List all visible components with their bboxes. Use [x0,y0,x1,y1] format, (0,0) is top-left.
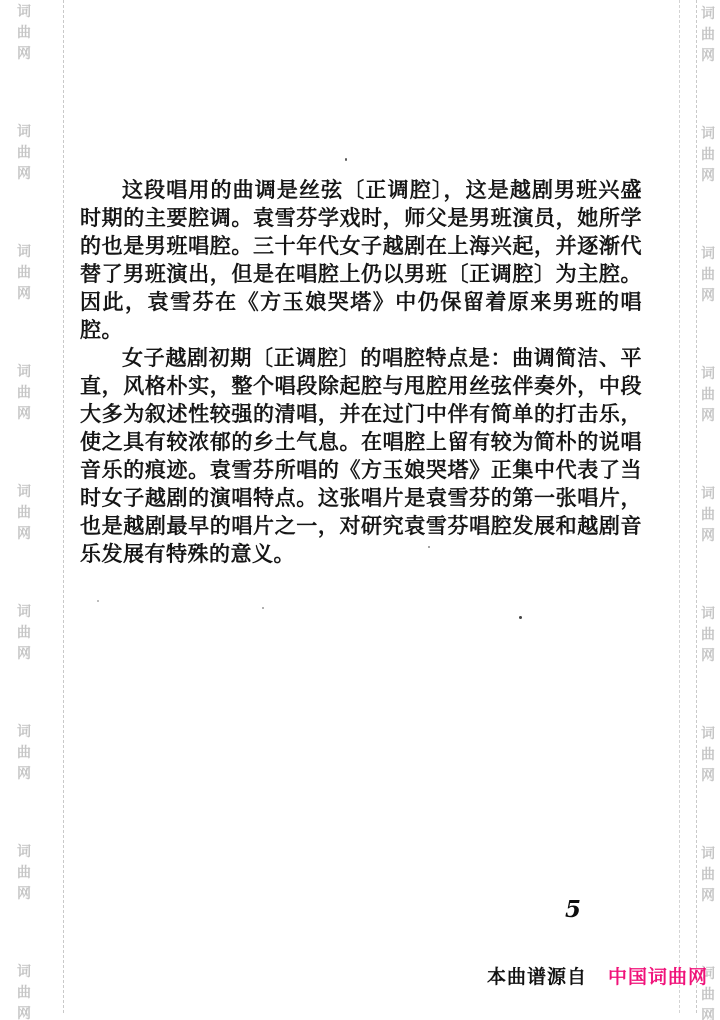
watermark-char: 词 [701,126,715,141]
watermark-column-right: 词曲网词曲网词曲网词曲网词曲网词曲网词曲网词曲网词曲网 [698,0,718,1020]
scan-speck [428,546,430,548]
watermark-group: 词曲网 [14,844,34,901]
footer-source-label: 本曲谱源自 [487,967,587,989]
watermark-group: 词曲网 [698,366,718,423]
watermark-char: 网 [701,288,715,303]
scan-speck [552,437,554,439]
body-paragraph: 这段唱用的曲调是丝弦〔正调腔〕，这是越剧男班兴盛时期的主要腔调。袁雪芬学戏时，师… [80,177,642,345]
watermark-char: 词 [701,846,715,861]
body-paragraph: 女子越剧初期〔正调腔〕的唱腔特点是：曲调简洁、平直，风格朴实，整个唱段除起腔与甩… [80,345,642,569]
watermark-char: 曲 [17,505,31,520]
watermark-char: 曲 [701,147,715,162]
dashed-border-right-inner [696,0,697,1013]
dashed-border-right-outer [679,0,680,1013]
watermark-char: 网 [701,1008,715,1020]
watermark-char: 词 [701,606,715,621]
watermark-char: 曲 [701,867,715,882]
watermark-char: 词 [701,726,715,741]
watermark-char: 网 [701,168,715,183]
watermark-char: 网 [17,766,31,781]
watermark-char: 曲 [701,507,715,522]
watermark-char: 词 [17,964,31,979]
scan-speck [97,600,99,602]
watermark-char: 词 [701,366,715,381]
watermark-char: 曲 [17,385,31,400]
watermark-char: 词 [17,4,31,19]
watermark-group: 词曲网 [698,726,718,783]
watermark-char: 网 [17,646,31,661]
watermark-char: 词 [17,844,31,859]
watermark-group: 词曲网 [14,964,34,1020]
watermark-char: 词 [701,6,715,21]
watermark-char: 曲 [701,27,715,42]
watermark-group: 词曲网 [14,484,34,541]
watermark-char: 词 [17,244,31,259]
watermark-char: 网 [701,528,715,543]
watermark-char: 词 [17,484,31,499]
watermark-char: 网 [701,768,715,783]
watermark-char: 网 [17,526,31,541]
watermark-group: 词曲网 [14,604,34,661]
watermark-char: 曲 [701,747,715,762]
watermark-char: 曲 [17,25,31,40]
footer-site-name: 中国词曲网 [608,967,708,989]
document-page: 词曲网词曲网词曲网词曲网词曲网词曲网词曲网词曲网词曲网 词曲网词曲网词曲网词曲网… [0,0,720,1020]
watermark-char: 网 [17,166,31,181]
watermark-group: 词曲网 [698,606,718,663]
watermark-char: 网 [17,286,31,301]
watermark-char: 网 [17,46,31,61]
watermark-group: 词曲网 [698,486,718,543]
watermark-group: 词曲网 [14,364,34,421]
watermark-group: 词曲网 [14,724,34,781]
watermark-char: 曲 [17,865,31,880]
watermark-group: 词曲网 [698,126,718,183]
watermark-group: 词曲网 [14,124,34,181]
watermark-char: 曲 [701,627,715,642]
scan-speck [519,616,522,619]
watermark-char: 网 [701,48,715,63]
watermark-char: 词 [17,124,31,139]
watermark-char: 曲 [17,745,31,760]
watermark-char: 网 [701,408,715,423]
scan-speck [345,158,347,161]
watermark-group: 词曲网 [14,244,34,301]
watermark-char: 曲 [701,267,715,282]
watermark-char: 词 [701,246,715,261]
watermark-char: 网 [701,648,715,663]
watermark-char: 词 [17,724,31,739]
watermark-char: 网 [17,886,31,901]
watermark-char: 曲 [17,145,31,160]
watermark-group: 词曲网 [14,4,34,61]
watermark-char: 词 [17,364,31,379]
watermark-group: 词曲网 [698,6,718,63]
page-number: 5 [565,896,581,923]
page-footer: 本曲谱源自 中国词曲网 [487,967,708,989]
scan-speck [262,607,264,609]
watermark-char: 曲 [17,265,31,280]
watermark-char: 词 [701,486,715,501]
watermark-char: 网 [701,888,715,903]
body-text: 这段唱用的曲调是丝弦〔正调腔〕，这是越剧男班兴盛时期的主要腔调。袁雪芬学戏时，师… [80,177,642,569]
watermark-char: 曲 [701,387,715,402]
watermark-group: 词曲网 [698,246,718,303]
watermark-char: 网 [17,406,31,421]
watermark-char: 曲 [701,987,715,1002]
watermark-group: 词曲网 [698,846,718,903]
watermark-char: 曲 [17,985,31,1000]
watermark-char: 网 [17,1006,31,1020]
watermark-char: 词 [17,604,31,619]
watermark-column-left: 词曲网词曲网词曲网词曲网词曲网词曲网词曲网词曲网词曲网 [14,0,34,1020]
dashed-border-left [63,0,64,1013]
watermark-char: 曲 [17,625,31,640]
